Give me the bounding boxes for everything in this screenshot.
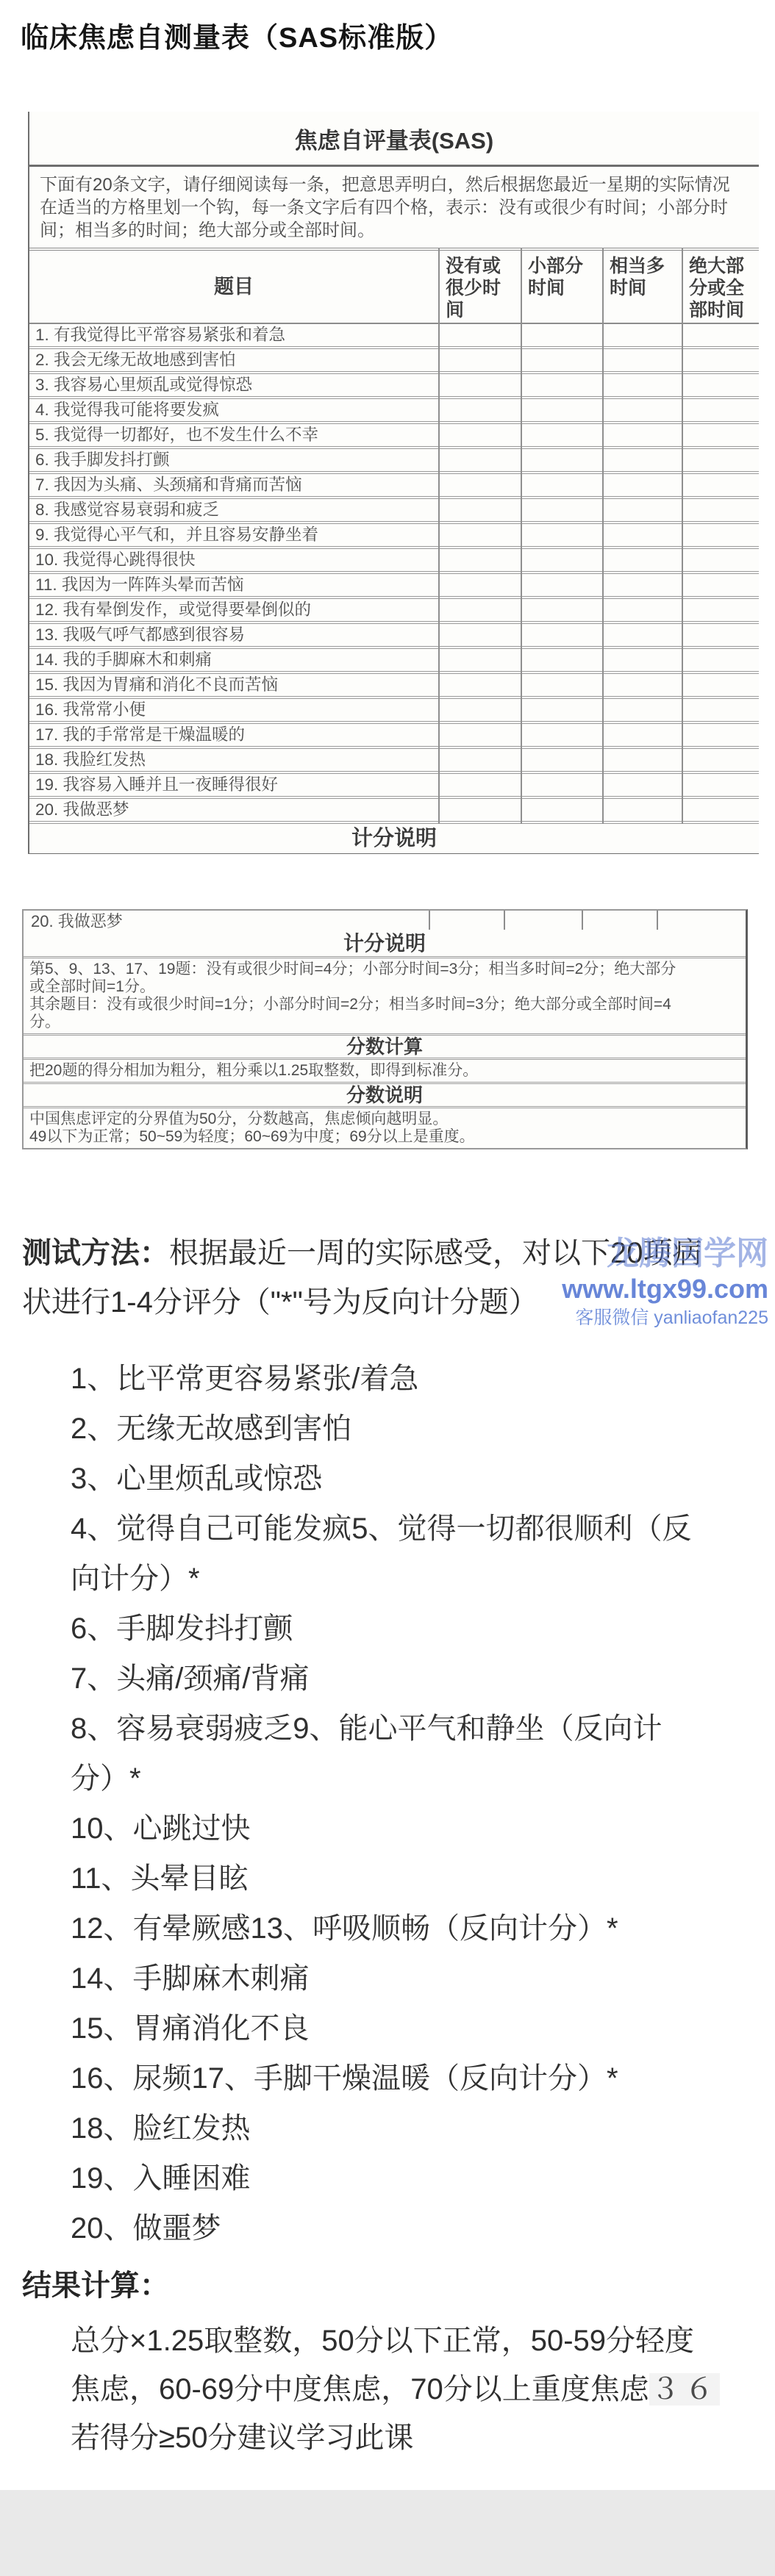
table-row: 9. 我觉得心平气和，并且容易安静坐着	[29, 524, 759, 549]
result-heading: 结果计算：	[22, 2262, 169, 2304]
result-line: 焦虑，60-69分中度焦虑，70分以上重度焦虑３６	[71, 2365, 747, 2414]
sas-scale-scan: 焦虑自评量表(SAS) 下面有20条文字，请仔细阅读每一条，把意思弄明白，然后根…	[28, 112, 759, 854]
list-item: 1、比平常更容易紧张/着急	[71, 1354, 754, 1404]
watermark-url: www.ltgx99.com	[559, 1273, 768, 1305]
column-tick	[429, 911, 430, 930]
document-page: 临床焦虑自测量表（SAS标准版） 焦虑自评量表(SAS) 下面有20条文字，请仔…	[0, 0, 775, 2576]
watermark: 龙腾国学网 www.ltgx99.com 客服微信 yanliaofan225	[559, 1235, 768, 1330]
column-header-some: 小部分时间	[528, 255, 588, 299]
list-item: 10、心跳过快	[71, 1804, 754, 1854]
table-row: 14. 我的手脚麻木和刺痛	[29, 649, 759, 674]
list-item: 8、容易衰弱疲乏9、能心平气和静坐（反向计	[71, 1704, 754, 1754]
column-tick	[582, 911, 583, 930]
list-item: 11、头晕目眩	[71, 1854, 754, 1904]
scoring-heading: 计分说明	[24, 931, 746, 956]
score-desc: 中国焦虑评定的分界值为50分，分数越高，焦虑倾向越明显。 49以下为正常；50~…	[24, 1108, 746, 1148]
column-divider	[521, 248, 522, 824]
result-paragraph: 总分×1.25取整数，50分以下正常，50-59分轻度 焦虑，60-69分中度焦…	[71, 2317, 747, 2462]
column-divider	[438, 248, 440, 824]
table-row-20: 20. 我做恶梦	[24, 911, 746, 931]
score-calc-heading: 分数计算	[24, 1036, 746, 1058]
column-header-question: 题目	[29, 251, 438, 323]
page-title: 临床焦虑自测量表（SAS标准版）	[21, 15, 453, 55]
symptom-checklist: 1、比平常更容易紧张/着急 2、无缘无故感到害怕 3、心里烦乱或惊恐 4、觉得自…	[71, 1354, 754, 2253]
list-item-wrap: 向计分）*	[71, 1554, 754, 1604]
scale-title: 焦虑自评量表(SAS)	[29, 112, 759, 160]
scoring-rule-line: 第5、9、13、17、19题：没有或很少时间=4分；小部分时间=3分；相当多时间…	[29, 961, 740, 978]
list-item-wrap: 分）*	[71, 1754, 754, 1804]
score-desc-line: 中国焦虑评定的分界值为50分，分数越高，焦虑倾向越明显。	[29, 1111, 740, 1128]
method-label: 测试方法：	[22, 1237, 169, 1269]
list-item: 19、入睡困难	[71, 2153, 754, 2203]
column-header-none: 没有或很少时间	[446, 255, 506, 321]
result-line: 若得分≥50分建议学习此课	[71, 2414, 747, 2462]
table-row: 11. 我因为一阵阵头晕而苦恼	[29, 574, 759, 599]
column-divider	[602, 248, 604, 824]
list-item: 2、无缘无故感到害怕	[71, 1404, 754, 1454]
table-row: 19. 我容易入睡并且一夜睡得很好	[29, 774, 759, 799]
column-header-most: 绝大部分或全部时间	[689, 255, 754, 321]
table-row: 10. 我觉得心跳得很快	[29, 549, 759, 574]
table-row: 5. 我觉得一切都好，也不发生什么不幸	[29, 424, 759, 449]
list-item: 20、做噩梦	[71, 2203, 754, 2253]
table-row: 7. 我因为头痛、头颈痛和背痛而苦恼	[29, 474, 759, 499]
scoring-rules: 第5、9、13、17、19题：没有或很少时间=4分；小部分时间=3分；相当多时间…	[24, 958, 746, 1033]
table-row: 12. 我有晕倒发作，或觉得要晕倒似的	[29, 599, 759, 624]
scoring-rule-line: 或全部时间=1分。	[29, 978, 740, 996]
score-calc-text: 把20题的得分相加为粗分，粗分乘以1.25取整数，即得到标准分。	[24, 1060, 746, 1082]
list-item: 15、胃痛消化不良	[71, 2003, 754, 2053]
list-item: 6、手脚发抖打颤	[71, 1604, 754, 1654]
table-row: 6. 我手脚发抖打颤	[29, 449, 759, 474]
list-item: 14、手脚麻木刺痛	[71, 1953, 754, 2003]
list-item: 12、有晕厥感13、呼吸顺畅（反向计分）*	[71, 1904, 754, 1953]
table-row: 15. 我因为胃痛和消化不良而苦恼	[29, 674, 759, 699]
scale-instructions: 下面有20条文字，请仔细阅读每一条，把意思弄明白，然后根据您最近一星期的实际情况…	[29, 167, 759, 248]
scale-table: 题目 没有或很少时间 小部分时间 相当多时间 绝大部分或全部时间 1. 有我觉得…	[29, 248, 759, 854]
result-line-text: 焦虑，60-69分中度焦虑，70分以上重度焦虑	[71, 2373, 649, 2405]
score-desc-line: 49以下为正常；50~59为轻度；60~69为中度；69分以上是重度。	[29, 1128, 740, 1146]
table-row: 16. 我常常小便	[29, 699, 759, 724]
column-header-often: 相当多时间	[610, 255, 670, 299]
table-row: 4. 我觉得我可能将要发疯	[29, 399, 759, 424]
scoring-rule-line: 其余题目：没有或很少时间=1分；小部分时间=2分；相当多时间=3分；绝大部分或全…	[29, 996, 740, 1013]
table-row: 1. 有我觉得比平常容易紧张和着急	[29, 324, 759, 349]
watermark-contact: 客服微信 yanliaofan225	[559, 1305, 768, 1330]
result-line: 总分×1.25取整数，50分以下正常，50-59分轻度	[71, 2317, 747, 2365]
table-row: 18. 我脸红发热	[29, 749, 759, 774]
table-row: 8. 我感觉容易衰弱和疲乏	[29, 499, 759, 524]
footer-strip	[0, 2490, 775, 2576]
result-line-mark: ３６	[649, 2373, 720, 2405]
table-row: 20. 我做恶梦	[29, 799, 759, 824]
watermark-site-name: 龙腾国学网	[559, 1235, 768, 1273]
table-row: 3. 我容易心里烦乱或觉得惊恐	[29, 374, 759, 399]
scoring-section-heading: 计分说明	[29, 824, 759, 854]
scoring-scan: 20. 我做恶梦 计分说明 第5、9、13、17、19题：没有或很少时间=4分；…	[22, 909, 748, 1149]
scoring-rule-line: 分。	[29, 1013, 740, 1031]
column-divider	[682, 248, 683, 824]
instructions-line: 在适当的方格里划一个钩，每一条文字后有四个格，表示：没有或很少有时间；小部分时	[40, 196, 750, 219]
table-header-row: 题目 没有或很少时间 小部分时间 相当多时间 绝大部分或全部时间	[29, 248, 759, 324]
list-item: 7、头痛/颈痛/背痛	[71, 1654, 754, 1704]
table-row: 17. 我的手常常是干燥温暖的	[29, 724, 759, 749]
instructions-line: 下面有20条文字，请仔细阅读每一条，把意思弄明白，然后根据您最近一星期的实际情况	[40, 173, 750, 196]
column-tick	[504, 911, 505, 930]
column-tick	[657, 911, 658, 930]
table-row: 2. 我会无缘无故地感到害怕	[29, 349, 759, 374]
list-item: 18、脸红发热	[71, 2103, 754, 2153]
score-desc-heading: 分数说明	[24, 1084, 746, 1106]
list-item: 16、尿频17、手脚干燥温暖（反向计分）*	[71, 2053, 754, 2103]
table-row: 13. 我吸气呼气都感到很容易	[29, 624, 759, 649]
list-item: 3、心里烦乱或惊恐	[71, 1454, 754, 1504]
instructions-line: 间；相当多的时间；绝大部分或全部时间。	[40, 219, 750, 242]
list-item: 4、觉得自己可能发疯5、觉得一切都很顺利（反	[71, 1504, 754, 1554]
